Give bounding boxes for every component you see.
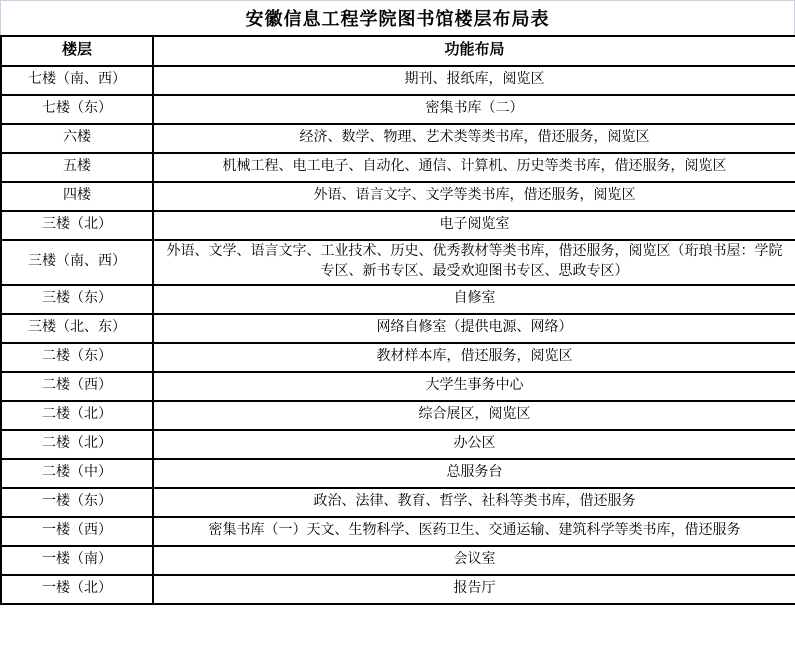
layout-cell: 大学生事务中心 <box>153 372 795 401</box>
column-header-floor: 楼层 <box>1 36 153 66</box>
table-row: 一楼（南） 会议室 <box>1 546 795 575</box>
table-row: 四楼 外语、语言文字、文学等类书库，借还服务，阅览区 <box>1 182 795 211</box>
floor-layout-table: 楼层 功能布局 七楼（南、西） 期刊、报纸库，阅览区 七楼（东） 密集书库（二）… <box>0 35 795 605</box>
layout-cell: 网络自修室（提供电源、网络） <box>153 314 795 343</box>
header-row: 楼层 功能布局 <box>1 36 795 66</box>
floor-cell: 七楼（东） <box>1 95 153 124</box>
floor-cell: 三楼（北、东） <box>1 314 153 343</box>
floor-cell: 六楼 <box>1 124 153 153</box>
floor-cell: 一楼（西） <box>1 517 153 546</box>
table-row: 六楼 经济、数学、物理、艺术类等类书库，借还服务，阅览区 <box>1 124 795 153</box>
layout-cell: 期刊、报纸库，阅览区 <box>153 66 795 95</box>
table-row: 三楼（北、东） 网络自修室（提供电源、网络） <box>1 314 795 343</box>
floor-cell: 二楼（北） <box>1 401 153 430</box>
floor-cell: 二楼（中） <box>1 459 153 488</box>
column-header-function-layout: 功能布局 <box>153 36 795 66</box>
layout-cell: 电子阅览室 <box>153 211 795 240</box>
layout-cell: 总服务台 <box>153 459 795 488</box>
layout-cell: 外语、文学、语言文字、工业技术、历史、优秀教材等类书库，借还服务，阅览区（珩琅书… <box>153 240 795 285</box>
layout-cell: 会议室 <box>153 546 795 575</box>
library-floor-layout-page: 安徽信息工程学院图书馆楼层布局表 楼层 功能布局 七楼（南、西） 期刊、报纸库，… <box>0 0 795 667</box>
layout-cell: 密集书库（二） <box>153 95 795 124</box>
floor-cell: 二楼（东） <box>1 343 153 372</box>
table-body: 七楼（南、西） 期刊、报纸库，阅览区 七楼（东） 密集书库（二） 六楼 经济、数… <box>1 66 795 604</box>
layout-cell: 政治、法律、教育、哲学、社科等类书库，借还服务 <box>153 488 795 517</box>
table-row: 三楼（东） 自修室 <box>1 285 795 314</box>
floor-cell: 二楼（西） <box>1 372 153 401</box>
table-row: 三楼（南、西） 外语、文学、语言文字、工业技术、历史、优秀教材等类书库，借还服务… <box>1 240 795 285</box>
layout-cell: 外语、语言文字、文学等类书库，借还服务，阅览区 <box>153 182 795 211</box>
layout-cell: 机械工程、电工电子、自动化、通信、计算机、历史等类书库，借还服务，阅览区 <box>153 153 795 182</box>
table-row: 五楼 机械工程、电工电子、自动化、通信、计算机、历史等类书库，借还服务，阅览区 <box>1 153 795 182</box>
floor-cell: 一楼（东） <box>1 488 153 517</box>
floor-cell: 三楼（南、西） <box>1 240 153 285</box>
table-row: 二楼（中） 总服务台 <box>1 459 795 488</box>
floor-cell: 一楼（南） <box>1 546 153 575</box>
page-title: 安徽信息工程学院图书馆楼层布局表 <box>0 0 795 35</box>
floor-cell: 五楼 <box>1 153 153 182</box>
table-row: 一楼（北） 报告厅 <box>1 575 795 604</box>
table-row: 七楼（东） 密集书库（二） <box>1 95 795 124</box>
table-row: 一楼（西） 密集书库（一）天文、生物科学、医药卫生、交通运输、建筑科学等类书库，… <box>1 517 795 546</box>
table-row: 七楼（南、西） 期刊、报纸库，阅览区 <box>1 66 795 95</box>
layout-cell: 综合展区，阅览区 <box>153 401 795 430</box>
floor-cell: 三楼（北） <box>1 211 153 240</box>
table-header: 楼层 功能布局 <box>1 36 795 66</box>
table-row: 二楼（西） 大学生事务中心 <box>1 372 795 401</box>
table-row: 三楼（北） 电子阅览室 <box>1 211 795 240</box>
table-row: 二楼（东） 教材样本库，借还服务，阅览区 <box>1 343 795 372</box>
floor-cell: 一楼（北） <box>1 575 153 604</box>
floor-cell: 七楼（南、西） <box>1 66 153 95</box>
layout-cell: 密集书库（一）天文、生物科学、医药卫生、交通运输、建筑科学等类书库，借还服务 <box>153 517 795 546</box>
layout-cell: 教材样本库，借还服务，阅览区 <box>153 343 795 372</box>
layout-cell: 自修室 <box>153 285 795 314</box>
layout-cell: 经济、数学、物理、艺术类等类书库，借还服务，阅览区 <box>153 124 795 153</box>
table-row: 一楼（东） 政治、法律、教育、哲学、社科等类书库，借还服务 <box>1 488 795 517</box>
floor-cell: 三楼（东） <box>1 285 153 314</box>
layout-cell: 办公区 <box>153 430 795 459</box>
floor-cell: 二楼（北） <box>1 430 153 459</box>
table-row: 二楼（北） 办公区 <box>1 430 795 459</box>
floor-cell: 四楼 <box>1 182 153 211</box>
table-row: 二楼（北） 综合展区，阅览区 <box>1 401 795 430</box>
layout-cell: 报告厅 <box>153 575 795 604</box>
